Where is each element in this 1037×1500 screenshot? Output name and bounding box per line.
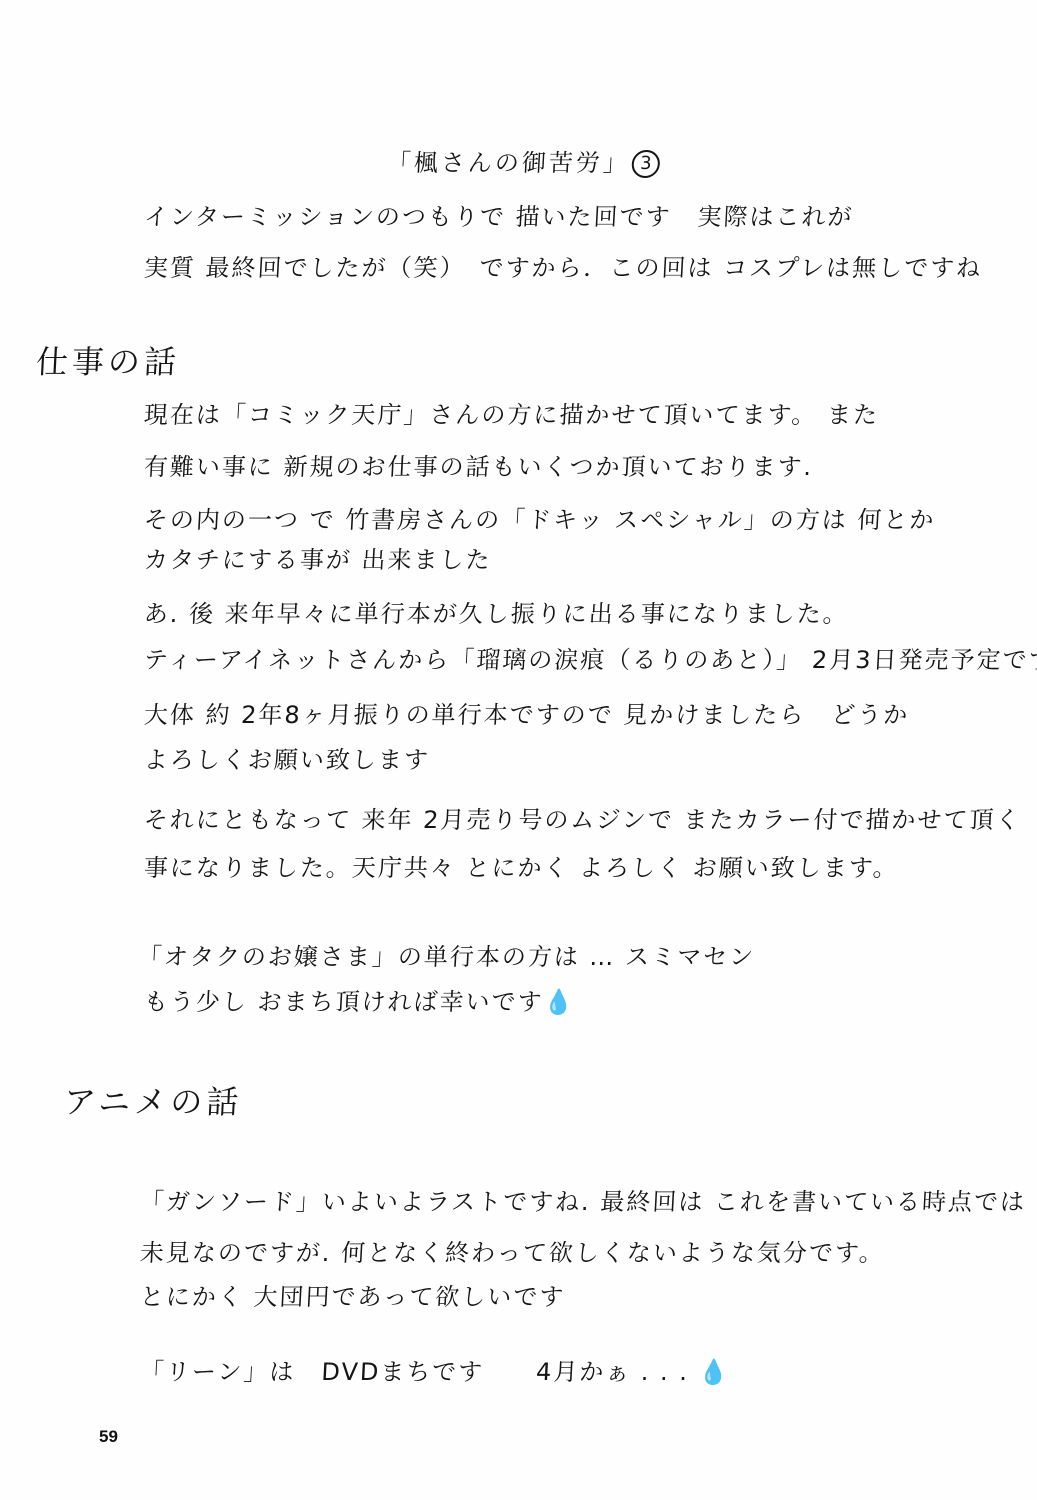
work-line-4: カタチにする事が 出来ました [143,540,492,575]
heading-work: 仕事の話 [35,337,181,383]
heading-anime: アニメの話 [63,1077,244,1123]
work-line-3: その内の一つ で 竹書房さんの「ドキッ スペシャル」の方は 何とか [143,500,936,535]
chapter-number-badge: 3 [631,150,660,178]
work-line-7: 大体 約 2年8ヶ月振りの単行本ですので 見かけましたら どうか [143,695,910,730]
work-line-6: ティーアイネットさんから「瑠璃の涙痕（るりのあと）」 2月3日発売予定です [143,640,1037,675]
manga-afterword-page: 「楓さんの御苦労」3 インターミッションのつもりで 描いた回です 実際はこれが … [0,0,1037,1500]
essay-title: 「楓さんの御苦労」3 [386,143,661,178]
work-line-1: 現在は「コミック天庁」さんの方に描かせて頂いてます。 また [143,395,880,430]
work-line-10: 事になりました。天庁共々 とにかく よろしく お願い致します。 [143,848,900,883]
work-line-2: 有難い事に 新規のお仕事の話もいくつか頂いております. [143,447,814,482]
anime-line-1: 「ガンソード」いよいよラストですね. 最終回は これを書いている時点では [139,1182,1027,1217]
work-line-9: それにともなって 来年 2月売り号のムジンで またカラー付で描かせて頂く [143,800,1022,835]
anime-line-4: 「リーン」は DVDまちです 4月かぁ . . . 💧 [139,1352,732,1387]
essay-title-text: 「楓さんの御苦労」 [386,149,630,177]
anime-line-2: 未見なのですが. 何となく終わって欲しくないような気分です。 [139,1233,886,1268]
intro-line-2: 実質 最終回でしたが（笑） ですから．この回は コスプレは無しですね [143,248,983,283]
anime-line-3: とにかく 大団円であって欲しいです [139,1277,566,1312]
work-line-11: 「オタクのお嬢さま」の単行本の方は … スミマセン [137,937,756,972]
work-line-8: よろしくお願い致します [143,740,431,775]
page-number: 59 [99,1427,118,1447]
work-line-5: あ. 後 来年早々に単行本が久し振りに出る事になりました。 [143,594,850,629]
intro-line-1: インターミッションのつもりで 描いた回です 実際はこれが [143,197,855,232]
work-line-12: もう少し おまち頂ければ幸いです💧 [143,982,576,1017]
